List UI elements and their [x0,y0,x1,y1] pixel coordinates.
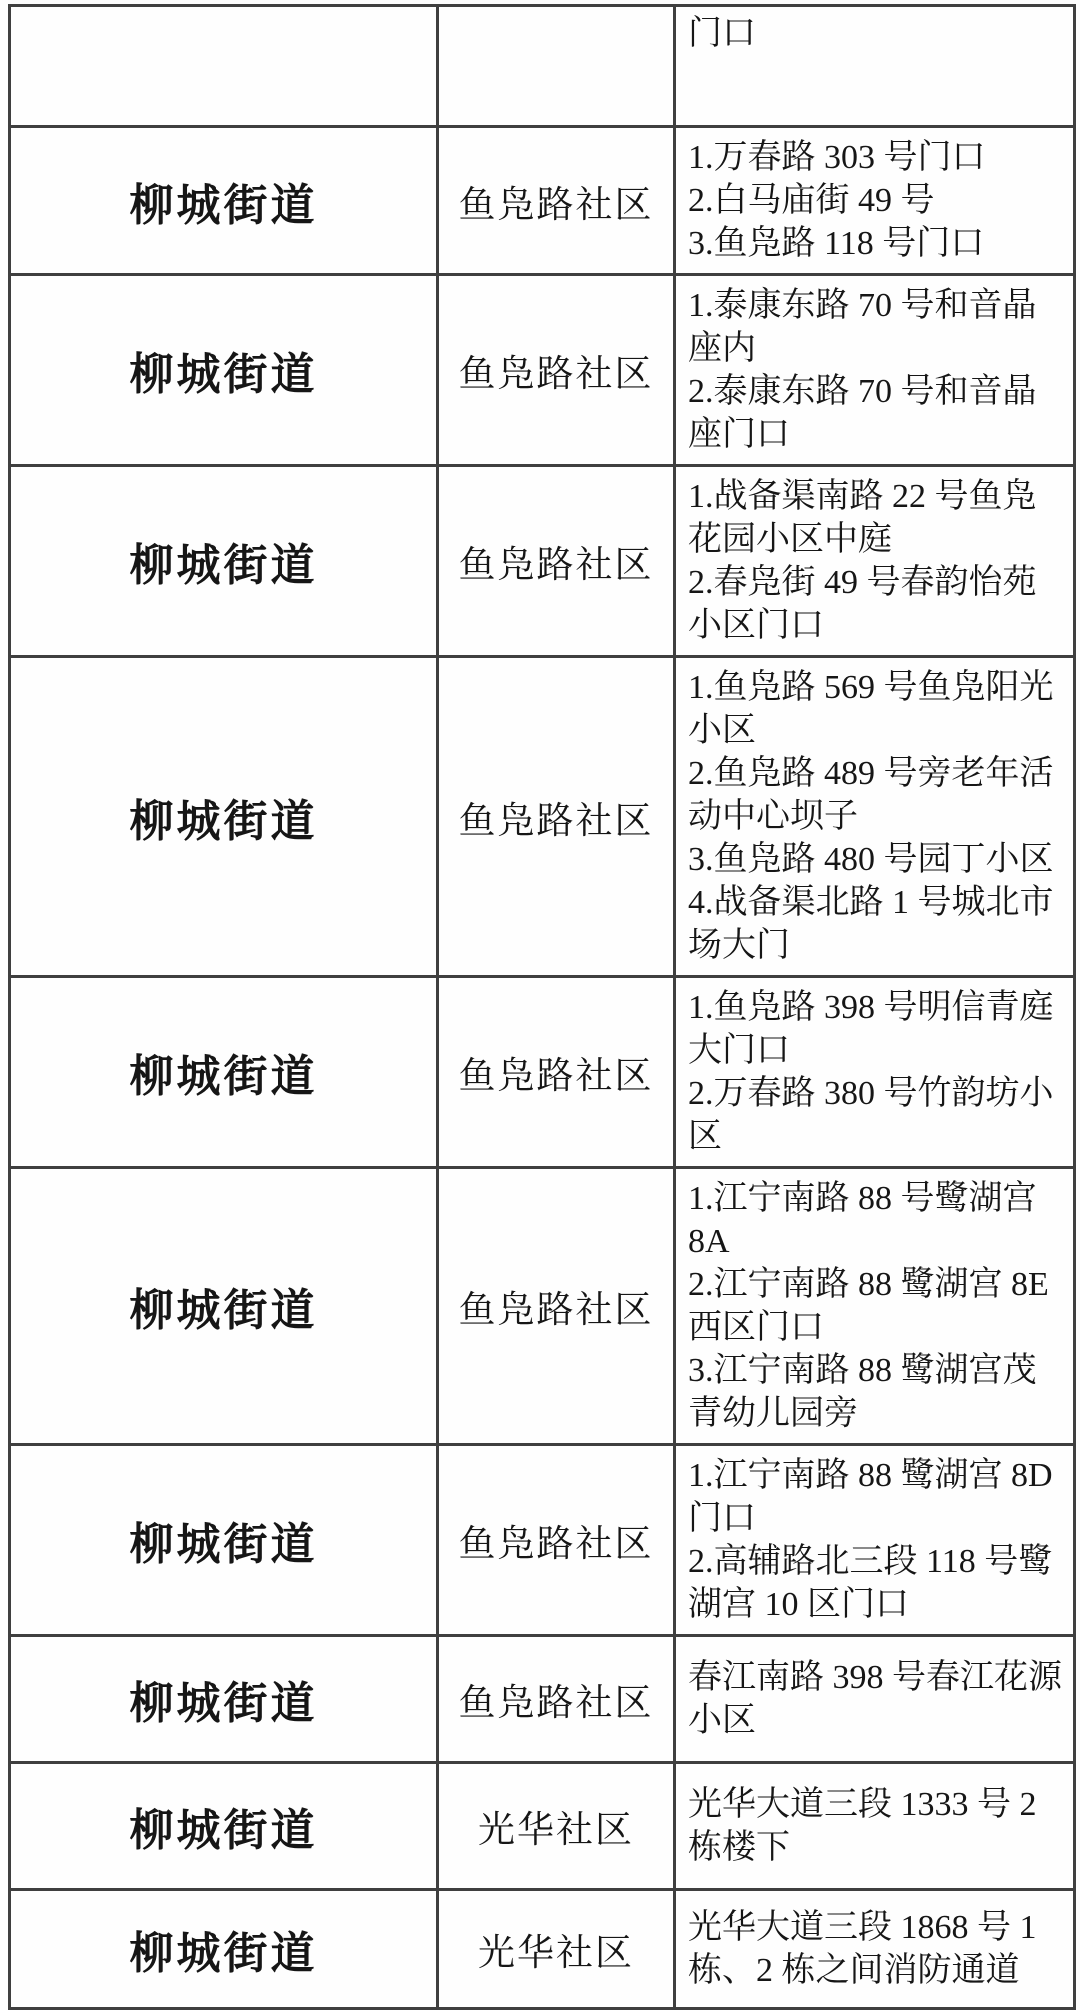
locations-cell: 1.万春路 303 号门口2.白马庙街 49 号3.鱼凫路 118 号门口 [675,127,1075,275]
community-label: 鱼凫路社区 [459,185,654,226]
location-line: 2.江宁南路 88 鹭湖宫 8E 西区门口 [688,1263,1063,1349]
location-line: 1.战备渠南路 22 号鱼凫花园小区中庭 [688,475,1063,561]
locations-cell: 1.鱼凫路 569 号鱼凫阳光小区2.鱼凫路 489 号旁老年活动中心坝子3.鱼… [675,657,1075,977]
street-cell: 柳城街道 [10,275,438,466]
community-cell: 光华社区 [438,1763,675,1772]
community-cell: 鱼凫路社区 [438,466,675,657]
community-label: 鱼凫路社区 [459,545,654,586]
location-line: 2.万春路 380 号竹韵坊小区 [688,1072,1063,1158]
street-label: 柳城街道 [130,1679,318,1728]
rows-container: 门口柳城街道鱼凫路社区1.万春路 303 号门口2.白马庙街 49 号3.鱼凫路… [10,6,1075,1772]
table-row: 柳城街道鱼凫路社区1.江宁南路 88 鹭湖宫 8D 门口2.高辅路北三段 118… [10,1445,1075,1636]
table-row: 柳城街道鱼凫路社区1.泰康东路 70 号和音晶座内2.泰康东路 70 号和音晶座… [10,275,1075,466]
location-line: 3.鱼凫路 480 号园丁小区 [688,838,1063,881]
locations-cell: 1.鱼凫路 398 号明信青庭大门口2.万春路 380 号竹韵坊小区 [675,977,1075,1168]
location-line: 1.鱼凫路 569 号鱼凫阳光小区 [688,666,1063,752]
community-cell: 鱼凫路社区 [438,1445,675,1636]
street-cell: 柳城街道 [10,127,438,275]
location-line: 2.春凫街 49 号春韵怡苑小区门口 [688,561,1063,647]
location-line: 2.鱼凫路 489 号旁老年活动中心坝子 [688,752,1063,838]
location-line: 2.白马庙街 49 号 [688,179,1063,222]
location-line: 2.泰康东路 70 号和音晶座门口 [688,370,1063,456]
locations-cell: 春江南路 398 号春江花源小区 [675,1636,1075,1763]
location-line: 4.战备渠北路 1 号城北市场大门 [688,881,1063,967]
street-label: 柳城街道 [130,541,318,590]
street-label: 柳城街道 [130,1520,318,1569]
table-row: 柳城街道鱼凫路社区1.战备渠南路 22 号鱼凫花园小区中庭2.春凫街 49 号春… [10,466,1075,657]
community-cell: 鱼凫路社区 [438,1636,675,1763]
community-label: 鱼凫路社区 [459,801,654,842]
community-cell: 鱼凫路社区 [438,657,675,977]
street-cell: 柳城街道 [10,977,438,1168]
table-row: 柳城街道光华社区光华大道三段 1333 号 2 栋楼下 [10,1763,1075,1772]
location-line: 门口 [688,12,1063,55]
community-cell: 鱼凫路社区 [438,1168,675,1445]
table-row: 柳城街道鱼凫路社区1.江宁南路 88 号鹭湖宫 8A2.江宁南路 88 鹭湖宫 … [10,1168,1075,1445]
table-row: 柳城街道鱼凫路社区1.鱼凫路 569 号鱼凫阳光小区2.鱼凫路 489 号旁老年… [10,657,1075,977]
table-row: 柳城街道鱼凫路社区1.万春路 303 号门口2.白马庙街 49 号3.鱼凫路 1… [10,127,1075,275]
community-cell: 鱼凫路社区 [438,977,675,1168]
locations-cell: 1.战备渠南路 22 号鱼凫花园小区中庭2.春凫街 49 号春韵怡苑小区门口 [675,466,1075,657]
location-line: 1.鱼凫路 398 号明信青庭大门口 [688,986,1063,1072]
table-row: 柳城街道鱼凫路社区1.鱼凫路 398 号明信青庭大门口2.万春路 380 号竹韵… [10,977,1075,1168]
community-label: 鱼凫路社区 [459,1524,654,1565]
street-cell: 柳城街道 [10,1636,438,1763]
street-label: 柳城街道 [130,797,318,846]
community-label: 鱼凫路社区 [459,354,654,395]
location-line: 1.江宁南路 88 鹭湖宫 8D 门口 [688,1454,1063,1540]
location-line: 3.鱼凫路 118 号门口 [688,222,1063,265]
street-cell: 柳城街道 [10,657,438,977]
community-label: 鱼凫路社区 [459,1056,654,1097]
location-line: 1.泰康东路 70 号和音晶座内 [688,284,1063,370]
locations-cell: 1.泰康东路 70 号和音晶座内2.泰康东路 70 号和音晶座门口 [675,275,1075,466]
location-line: 1.万春路 303 号门口 [688,136,1063,179]
street-cell: 柳城街道 [10,1168,438,1445]
community-label: 鱼凫路社区 [459,1683,654,1724]
street-label: 柳城街道 [130,1052,318,1101]
location-line: 春江南路 398 号春江花源小区 [688,1656,1063,1742]
street-cell: 柳城街道 [10,1445,438,1636]
community-cell: 鱼凫路社区 [438,275,675,466]
street-label: 柳城街道 [130,181,318,230]
document-sheet: 门口柳城街道鱼凫路社区1.万春路 303 号门口2.白马庙街 49 号3.鱼凫路… [8,4,1076,1771]
street-label: 柳城街道 [130,1286,318,1335]
table-row: 门口 [10,6,1075,127]
table-row: 柳城街道鱼凫路社区春江南路 398 号春江花源小区 [10,1636,1075,1763]
location-line: 1.江宁南路 88 号鹭湖宫 8A [688,1177,1063,1263]
street-cell: 柳城街道 [10,1763,438,1772]
locations-cell: 光华大道三段 1333 号 2 栋楼下 [675,1763,1075,1772]
street-cell [10,6,438,127]
street-label: 柳城街道 [130,350,318,399]
address-table: 门口柳城街道鱼凫路社区1.万春路 303 号门口2.白马庙街 49 号3.鱼凫路… [8,4,1076,1771]
location-line: 3.江宁南路 88 鹭湖宫茂青幼儿园旁 [688,1349,1063,1435]
locations-cell: 1.江宁南路 88 鹭湖宫 8D 门口2.高辅路北三段 118 号鹭湖宫 10 … [675,1445,1075,1636]
community-cell: 鱼凫路社区 [438,127,675,275]
street-cell: 柳城街道 [10,466,438,657]
community-label: 鱼凫路社区 [459,1290,654,1331]
locations-cell: 1.江宁南路 88 号鹭湖宫 8A2.江宁南路 88 鹭湖宫 8E 西区门口3.… [675,1168,1075,1445]
community-cell [438,6,675,127]
location-line: 2.高辅路北三段 118 号鹭湖宫 10 区门口 [688,1540,1063,1626]
locations-cell: 门口 [675,6,1075,127]
